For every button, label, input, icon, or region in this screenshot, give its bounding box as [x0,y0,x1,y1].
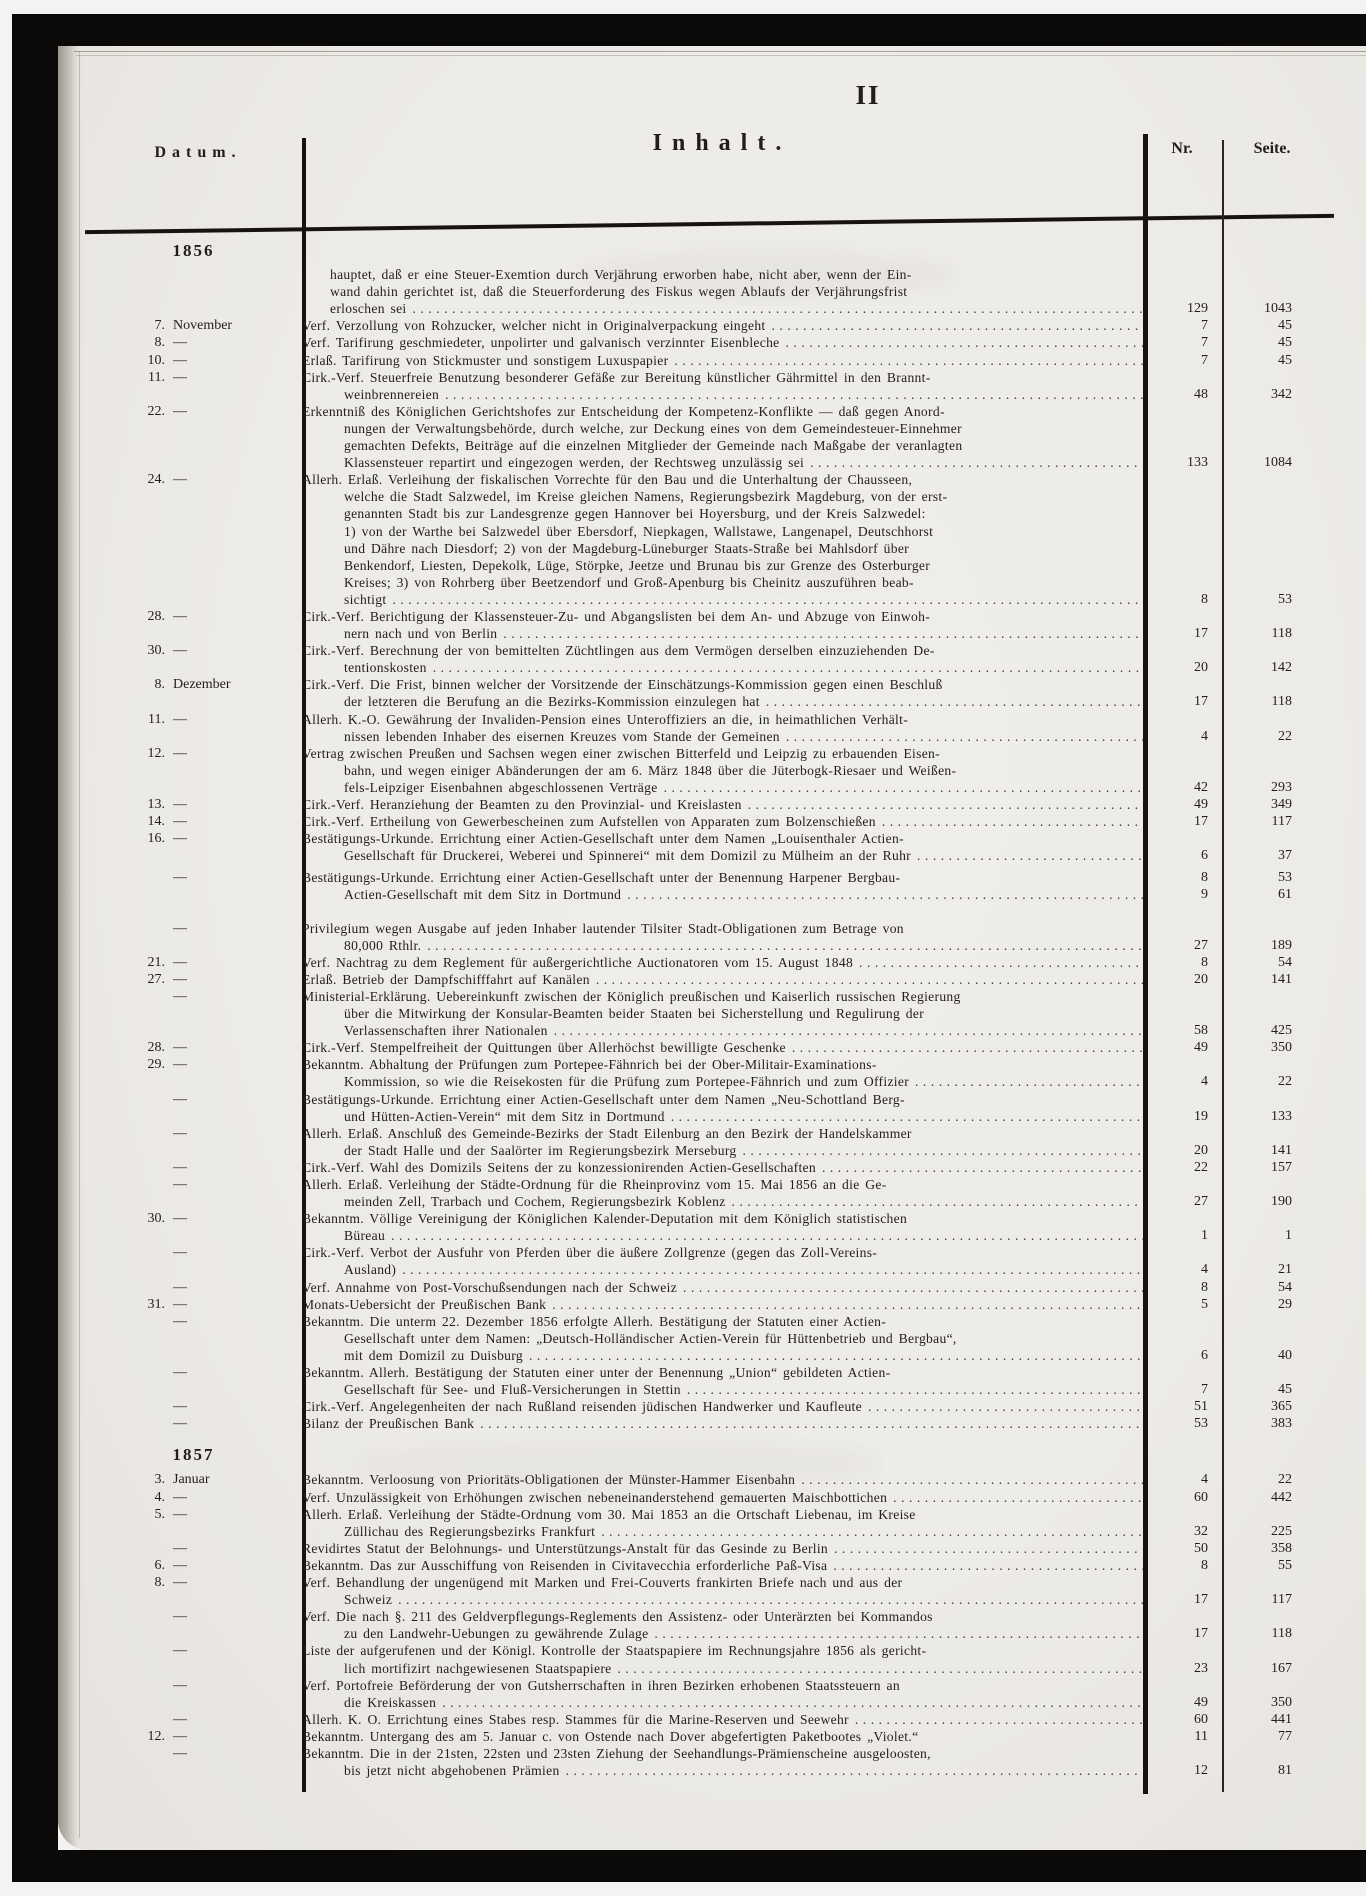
scan-border-top [12,14,1366,46]
entry-text-line: Cirk.-Verf. Ertheilung von Gewerbeschein… [302,813,1143,830]
entry-text-content: Züllichau des Regierungsbezirks Frankfur… [344,1523,595,1540]
nr-value: 6 [1143,847,1208,864]
date-day: 11. [85,711,165,728]
entry-date: 22.— [85,403,302,471]
nr-value: 7 [1143,317,1208,334]
entry-text-content: Gesellschaft für Druckerei, Weberei und … [344,847,911,864]
toc-entry: 6.—Bekanntm. Das zur Ausschiffung von Re… [85,1557,1340,1574]
date-month: — [173,1056,187,1073]
entry-date: — [85,1677,302,1711]
entry-text-content: zu den Landwehr-Uebungen zu gewährende Z… [344,1625,648,1642]
entry-text: Cirk.-Verf. Berechnung der von bemittelt… [302,642,1143,676]
nr-value: 19 [1143,1108,1208,1125]
nr-value: 60 [1143,1489,1208,1506]
entry-date: — [85,1313,302,1364]
entry-text: Allerh. K.-O. Gewährung der Invaliden-Pe… [302,711,1143,745]
entry-nr-cell: 60 [1143,1489,1222,1506]
date-month: — [173,1210,187,1227]
entry-text-content: Bekanntm. Völlige Vereinigung der Königl… [302,1210,907,1227]
entry-text-line: Verf. Nachtrag zu dem Reglement für auße… [302,954,1143,971]
entry-seite-cell: 349 [1222,796,1340,813]
date-day: 12. [85,1728,165,1745]
entry-text-line: Gesellschaft für Druckerei, Weberei und … [302,847,1143,864]
entry-text: Verf. Annahme von Post-Vorschußsendungen… [302,1279,1143,1296]
entry-nr-cell: 27 [1143,1176,1222,1210]
entry-text-content: Gesellschaft für See- und Fluß-Versicher… [344,1381,681,1398]
entry-text: Bekanntm. Die unterm 22. Dezember 1856 e… [302,1313,1143,1364]
entry-text-content: tentionskosten [344,659,427,676]
entry-nr-cell: 42 [1143,745,1222,796]
toc-entry: 10.—Erlaß. Tarifirung von Stickmuster un… [85,352,1340,369]
scan-border-left [12,14,58,1882]
nr-value: 22 [1143,1159,1208,1176]
entry-text-line: bahn, und wegen einiger Abänderungen der… [302,762,1143,779]
entry-seite-cell: 77 [1222,1728,1340,1745]
seite-value: 53 [1222,591,1292,608]
entry-text-content: Bekanntm. Allerh. Bestätigung der Statut… [302,1364,890,1381]
entry-date: 29.— [85,1056,302,1090]
seite-value: 22 [1222,1471,1292,1488]
date-month: — [173,1313,187,1330]
entry-nr-cell: 17 [1143,813,1222,830]
date-month: — [173,796,187,813]
entry-seite-cell: 117 [1222,813,1340,830]
entry-text-line: Cirk.-Verf. Berichtigung der Klassensteu… [302,608,1143,625]
nr-value: 20 [1143,659,1208,676]
entry-text-line: die Kreiskassen [302,1694,1143,1711]
entry-date: 13.— [85,796,302,813]
entry-text-content: Allerh. K. O. Errichtung eines Stabes re… [302,1711,849,1728]
toc-entry: —Bestätigungs-Urkunde. Errichtung einer … [85,869,1340,903]
entry-text-line: Benkendorf, Liesten, Depekolk, Lüge, Stö… [302,557,1143,574]
entry-text-content: Bekanntm. Untergang des am 5. Januar c. … [302,1728,918,1745]
entry-text-line: meinden Zell, Trarbach und Cochem, Regie… [302,1193,1143,1210]
entry-text-line: fels-Leipziger Eisenbahnen abgeschlossen… [302,779,1143,796]
column-header-datum: Datum. [98,144,298,162]
entry-text: Allerh. Erlaß. Verleihung der Städte-Ord… [302,1176,1143,1210]
toc-entry: 8.DezemberCirk.-Verf. Die Frist, binnen … [85,676,1340,710]
entry-text-content: Verf. Verzollung von Rohzucker, welcher … [302,317,766,334]
date-day: 8. [85,1574,165,1591]
nr-value: 17 [1143,1591,1208,1608]
entry-text: Bilanz der Preußischen Bank [302,1415,1143,1432]
entry-text: Bekanntm. Allerh. Bestätigung der Statut… [302,1364,1143,1398]
toc-entry: —Verf. Die nach §. 211 des Geldverpflegu… [85,1608,1340,1642]
entry-text-content: und Hütten-Actien-Verein“ mit dem Sitz i… [344,1108,665,1125]
entry-text-line: Erlaß. Tarifirung von Stickmuster und so… [302,352,1143,369]
entry-date: 8.Dezember [85,676,302,710]
seite-value: 365 [1222,1398,1292,1415]
year-header: 1857 [85,1446,302,1463]
seite-value: 29 [1222,1296,1292,1313]
entry-text-line: Cirk.-Verf. Heranziehung der Beamten zu … [302,796,1143,813]
entry-nr-cell: 7 [1143,317,1222,334]
entry-text-line: Liste der aufgerufenen und der Königl. K… [302,1642,1143,1659]
toc-entry: —Privilegium wegen Ausgabe auf jeden Inh… [85,920,1340,954]
entry-text: Bestätigungs-Urkunde. Errichtung einer A… [302,830,1143,864]
entry-text-content: Verf. Tarifirung geschmiedeter, unpolirt… [302,334,780,351]
nr-value: 50 [1143,1540,1208,1557]
entry-text: Bekanntm. Völlige Vereinigung der Königl… [302,1210,1143,1244]
date-month: November [173,317,232,334]
date-month: — [173,1506,187,1523]
entry-text-content: Allerh. Erlaß. Verleihung der fiskalisch… [302,471,912,488]
seite-value: 142 [1222,659,1292,676]
entry-text-content: genannten Stadt bis zur Landesgrenze geg… [344,505,926,522]
entry-text-content: Cirk.-Verf. Die Frist, binnen welcher de… [302,676,943,693]
entry-text-content: Erkenntniß des Königlichen Gerichtshofes… [302,403,945,420]
entry-seite-cell: 293 [1222,745,1340,796]
toc-entry: —Liste der aufgerufenen und der Königl. … [85,1642,1340,1676]
date-day: 6. [85,1557,165,1574]
date-month: — [173,1364,187,1381]
seite-value: 157 [1222,1159,1292,1176]
entry-text-line: Bekanntm. Das zur Ausschiffung von Reise… [302,1557,1143,1574]
entry-date: 12.— [85,745,302,796]
date-day: 21. [85,954,165,971]
entry-date: 11.— [85,711,302,745]
entry-text-line: nissen lebenden Inhaber des eisernen Kre… [302,728,1143,745]
date-month: — [173,1159,187,1176]
entry-nr-cell: 53 [1143,1415,1222,1432]
seite-value: 45 [1222,334,1292,351]
entry-date: — [85,920,302,954]
entry-date: 30.— [85,642,302,676]
entry-seite-cell: 190 [1222,1176,1340,1210]
entry-text-content: Bekanntm. Das zur Ausschiffung von Reise… [302,1557,827,1574]
page-edge-line [76,55,1366,56]
seite-value: 442 [1222,1489,1292,1506]
entry-nr-cell: 60 [1143,1711,1222,1728]
date-day: 28. [85,608,165,625]
entry-date: 3.Januar [85,1471,302,1488]
entry-nr-cell: 19 [1143,1091,1222,1125]
entry-date: 16.— [85,830,302,864]
entry-text-content: Verlassenschaften ihrer Nationalen [344,1022,548,1039]
date-month: — [173,1608,187,1625]
entry-text-content: bahn, und wegen einiger Abänderungen der… [344,762,956,779]
entry-seite-cell: 45 [1222,352,1340,369]
entry-seite-cell: 54 [1222,1279,1340,1296]
entry-seite-cell: 29 [1222,1296,1340,1313]
seite-value: 81 [1222,1762,1292,1779]
seite-value: 118 [1222,1625,1292,1642]
toc-entry: 8.—Verf. Behandlung der ungenügend mit M… [85,1574,1340,1608]
entry-seite-cell: 383 [1222,1415,1340,1432]
entry-text-content: Cirk.-Verf. Heranziehung der Beamten zu … [302,796,742,813]
column-header-inhalt: Inhalt. [422,130,1022,157]
seite-value: 441 [1222,1711,1292,1728]
entry-text-line: Cirk.-Verf. Stempelfreiheit der Quittung… [302,1039,1143,1056]
entry-seite-cell: 133 [1222,1091,1340,1125]
entry-text-content: Verf. Nachtrag zu dem Reglement für auße… [302,954,853,971]
entry-date: 21.— [85,954,302,971]
nr-value: 7 [1143,334,1208,351]
date-month: — [173,1677,187,1694]
entry-text-line: Cirk.-Verf. Berechnung der von bemittelt… [302,642,1143,659]
seite-value: 45 [1222,317,1292,334]
entry-text-line: Ministerial-Erklärung. Uebereinkunft zwi… [302,988,1143,1005]
entry-text-content: Verf. Unzulässigkeit von Erhöhungen zwis… [302,1489,887,1506]
seite-value: 225 [1222,1523,1292,1540]
entry-nr-cell: 4 [1143,711,1222,745]
entry-seite-cell: 167 [1222,1642,1340,1676]
page-edge-line [74,51,1366,52]
nr-value: 49 [1143,796,1208,813]
entry-text: Cirk.-Verf. Verbot der Ausfuhr von Pferd… [302,1244,1143,1278]
entry-text: Liste der aufgerufenen und der Königl. K… [302,1642,1143,1676]
toc-entry: —Verf. Annahme von Post-Vorschußsendunge… [85,1279,1340,1296]
entry-text-line: tentionskosten [302,659,1143,676]
entry-nr-cell: 7 [1143,352,1222,369]
entry-date: — [85,1125,302,1159]
entry-text-line: Kreises; 3) von Rohrberg über Beetzendor… [302,574,1143,591]
date-month: — [173,988,187,1005]
nr-value: 133 [1143,454,1208,471]
entry-date: 12.— [85,1728,302,1745]
entry-seite-cell: 141 [1222,1125,1340,1159]
seite-value: 53 [1222,869,1292,886]
entry-date: 4.— [85,1489,302,1506]
toc-entry: —Allerh. Erlaß. Verleihung der Städte-Or… [85,1176,1340,1210]
seite-value: 1 [1222,1227,1292,1244]
seite-value: 189 [1222,937,1292,954]
entry-date: — [85,1364,302,1398]
entry-text-content: Cirk.-Verf. Steuerfreie Benutzung besond… [302,369,931,386]
entry-text-line: gemachten Defekts, Beiträge auf die einz… [302,437,1143,454]
entry-seite-cell: 21 [1222,1244,1340,1278]
seite-value: 350 [1222,1039,1292,1056]
date-month: — [173,1711,187,1728]
date-day: 30. [85,1210,165,1227]
entry-text-line: Gesellschaft unter dem Namen: „Deutsch-H… [302,1330,1143,1347]
nr-value: 51 [1143,1398,1208,1415]
date-month: — [173,403,187,420]
nr-value: 49 [1143,1039,1208,1056]
entry-text: Allerh. Erlaß. Verleihung der Städte-Ord… [302,1506,1143,1540]
date-month: — [173,642,187,659]
entry-nr-cell: 5 [1143,1296,1222,1313]
entry-text-content: Ausland) [344,1261,396,1278]
entry-date: 7.November [85,317,302,334]
entry-date: 11.— [85,369,302,403]
entry-text-content: 80,000 Rthlr. [344,937,421,954]
nr-value: 12 [1143,1762,1208,1779]
entry-nr-cell: 58 [1143,988,1222,1039]
toc-entry: —Allerh. Erlaß. Anschluß des Gemeinde-Be… [85,1125,1340,1159]
entry-seite-cell: 118 [1222,676,1340,710]
toc-entry: —Verf. Portofreie Beförderung der von Gu… [85,1677,1340,1711]
entry-date: — [85,1642,302,1676]
entry-text-content: weinbrennereien [344,386,439,403]
nr-value: 8 [1143,954,1208,971]
toc-entry: 31.—Monats-Uebersicht der Preußischen Ba… [85,1296,1340,1313]
entry-text-line: Bekanntm. Abhaltung der Prüfungen zum Po… [302,1056,1143,1073]
entry-text-content: Bekanntm. Verloosung von Prioritäts-Obli… [302,1471,795,1488]
page-edge-line [79,51,80,1838]
entry-text-content: Cirk.-Verf. Wahl des Domizils Seitens de… [302,1159,816,1176]
entry-text-content: mit dem Domizil zu Duisburg [344,1347,523,1364]
entry-text: Verf. Portofreie Beförderung der von Gut… [302,1677,1143,1711]
entry-date: 10.— [85,352,302,369]
entry-text-content: Cirk.-Verf. Verbot der Ausfuhr von Pferd… [302,1244,877,1261]
toc-entry: 12.—Bekanntm. Untergang des am 5. Januar… [85,1728,1340,1745]
nr-value: 17 [1143,813,1208,830]
toc-entry: 24.—Allerh. Erlaß. Verleihung der fiskal… [85,471,1340,608]
entry-text-content: Cirk.-Verf. Berechnung der von bemittelt… [302,642,935,659]
entry-text-content: Allerh. K.-O. Gewährung der Invaliden-Pe… [302,711,908,728]
entry-nr-cell: 20 [1143,971,1222,988]
entry-text-line: Verf. Verzollung von Rohzucker, welcher … [302,317,1143,334]
entry-seite-cell: 225 [1222,1506,1340,1540]
entry-text-content: fels-Leipziger Eisenbahnen abgeschlossen… [344,779,658,796]
entry-text-content: Revidirtes Statut der Belohnungs- und Un… [302,1540,828,1557]
entry-text-content: Cirk.-Verf. Stempelfreiheit der Quittung… [302,1039,786,1056]
entry-text-line: Bekanntm. Völlige Vereinigung der Königl… [302,1210,1143,1227]
date-month: — [173,1728,187,1745]
seite-value: 54 [1222,954,1292,971]
entry-seite-cell: 45 [1222,317,1340,334]
seite-value: 61 [1222,886,1292,903]
entry-text-line: Allerh. Erlaß. Anschluß des Gemeinde-Bez… [302,1125,1143,1142]
entry-text-content: Actien-Gesellschaft mit dem Sitz in Dort… [344,886,621,903]
seite-value: 22 [1222,728,1292,745]
entry-text: Cirk.-Verf. Ertheilung von Gewerbeschein… [302,813,1143,830]
entry-text-content: Liste der aufgerufenen und der Königl. K… [302,1642,926,1659]
date-day: 16. [85,830,165,847]
entry-text-line: zu den Landwehr-Uebungen zu gewährende Z… [302,1625,1143,1642]
scanned-page: II Datum. Inhalt. Nr. Seite. 1856hauptet… [58,46,1366,1850]
entry-text-line: Verf. Annahme von Post-Vorschußsendungen… [302,1279,1143,1296]
entry-text-content: Cirk.-Verf. Angelegenheiten der nach Ruß… [302,1398,862,1415]
entry-text-content: wand dahin gerichtet ist, daß die Steuer… [330,283,907,300]
entry-text-content: Benkendorf, Liesten, Depekolk, Lüge, Stö… [344,557,930,574]
seite-value: 1084 [1222,454,1292,471]
entry-text-line: Cirk.-Verf. Wahl des Domizils Seitens de… [302,1159,1143,1176]
entry-text-content: gemachten Defekts, Beiträge auf die einz… [344,437,962,454]
entry-text-content: Bekanntm. Abhaltung der Prüfungen zum Po… [302,1056,877,1073]
entry-text-content: Gesellschaft unter dem Namen: „Deutsch-H… [344,1330,957,1347]
entry-text-line: Actien-Gesellschaft mit dem Sitz in Dort… [302,886,1143,903]
date-day: 27. [85,971,165,988]
toc-entry: —Cirk.-Verf. Angelegenheiten der nach Ru… [85,1398,1340,1415]
seite-value: 117 [1222,813,1292,830]
entry-text-content: Bestätigungs-Urkunde. Errichtung einer A… [302,1091,905,1108]
entry-seite-cell: 45 [1222,334,1340,351]
entry-text-line: Gesellschaft für See- und Fluß-Versicher… [302,1381,1143,1398]
entry-nr-cell: 89 [1143,869,1222,903]
entry-text-line: Cirk.-Verf. Verbot der Ausfuhr von Pferd… [302,1244,1143,1261]
toc-entry: —Bestätigungs-Urkunde. Errichtung einer … [85,1091,1340,1125]
entry-text-content: hauptet, daß er eine Steuer-Exemtion dur… [330,266,912,283]
nr-value: 49 [1143,1694,1208,1711]
entry-text-line: Cirk.-Verf. Angelegenheiten der nach Ruß… [302,1398,1143,1415]
date-day: 31. [85,1296,165,1313]
entry-text-content: Verf. Annahme von Post-Vorschußsendungen… [302,1279,677,1296]
entry-text-content: Vertrag zwischen Preußen und Sachsen weg… [302,745,940,762]
entry-text-line: nern nach und von Berlin [302,625,1143,642]
toc-entry: 4.—Verf. Unzulässigkeit von Erhöhungen z… [85,1489,1340,1506]
toc-entry: 21.—Verf. Nachtrag zu dem Reglement für … [85,954,1340,971]
entry-text-content: welche die Stadt Salzwedel, im Kreise gl… [344,488,947,505]
toc-entry: 8.—Verf. Tarifirung geschmiedeter, unpol… [85,334,1340,351]
nr-value: 23 [1143,1660,1208,1677]
entry-text-content: Büreau [344,1227,385,1244]
entry-seite-cell: 350 [1222,1677,1340,1711]
entry-text: Verf. Behandlung der ungenügend mit Mark… [302,1574,1143,1608]
entry-seite-cell: 441 [1222,1711,1340,1728]
entry-text-line: lich mortifizirt nachgewiesenen Staatspa… [302,1660,1143,1677]
entry-text-line: Kommission, so wie die Reisekosten für d… [302,1073,1143,1090]
entry-nr-cell: 4 [1143,1471,1222,1488]
entry-text-content: Kreises; 3) von Rohrberg über Beetzendor… [344,574,914,591]
seite-value: 141 [1222,1142,1292,1159]
nr-value: 8 [1143,869,1208,886]
entry-text-content: der letzteren die Berufung an die Bezirk… [344,693,760,710]
entry-text-line: Allerh. Erlaß. Verleihung der fiskalisch… [302,471,1143,488]
entry-text-line: über die Mitwirkung der Konsular-Beamten… [302,1005,1143,1022]
seite-value: 190 [1222,1193,1292,1210]
entry-nr-cell: 49 [1143,1039,1222,1056]
date-month: Dezember [173,676,231,693]
entry-text-content: Allerh. Erlaß. Anschluß des Gemeinde-Bez… [302,1125,912,1142]
entry-date: 8.— [85,1574,302,1608]
seite-value: 141 [1222,971,1292,988]
entry-text: Bekanntm. Untergang des am 5. Januar c. … [302,1728,1143,1745]
entry-date: — [85,1398,302,1415]
toc-entry: 28.—Cirk.-Verf. Berichtigung der Klassen… [85,608,1340,642]
entry-text-line: Schweiz [302,1591,1143,1608]
entry-date: 6.— [85,1557,302,1574]
entry-nr-cell: 11 [1143,1728,1222,1745]
entry-date: — [85,1091,302,1125]
nr-value: 4 [1143,728,1208,745]
toc-entry: —Bilanz der Preußischen Bank53383 [85,1415,1340,1432]
entry-text-content: Monats-Uebersicht der Preußischen Bank [302,1296,546,1313]
entry-text-content: Allerh. Erlaß. Verleihung der Städte-Ord… [302,1506,916,1523]
entry-text-line: Verf. Behandlung der ungenügend mit Mark… [302,1574,1143,1591]
nr-value: 42 [1143,779,1208,796]
toc-entry: hauptet, daß er eine Steuer-Exemtion dur… [85,266,1340,317]
entry-nr-cell: 8 [1143,1557,1222,1574]
nr-value: 53 [1143,1415,1208,1432]
entry-text-content: Ministerial-Erklärung. Uebereinkunft zwi… [302,988,961,1005]
nr-value: 5 [1143,1296,1208,1313]
date-month: — [173,1745,187,1762]
entry-text-line: Privilegium wegen Ausgabe auf jeden Inha… [302,920,1143,937]
seite-value: 55 [1222,1557,1292,1574]
nr-value: 4 [1143,1073,1208,1090]
entry-seite-cell: 118 [1222,1608,1340,1642]
entry-text-line: Verf. Portofreie Beförderung der von Gut… [302,1677,1143,1694]
entry-text-line: Vertrag zwischen Preußen und Sachsen weg… [302,745,1143,762]
toc-entry: 28.—Cirk.-Verf. Stempelfreiheit der Quit… [85,1039,1340,1056]
entry-seite-cell: 45 [1222,1364,1340,1398]
date-month: — [173,1244,187,1261]
date-month: — [173,1398,187,1415]
seite-value: 383 [1222,1415,1292,1432]
date-month: Januar [173,1471,210,1488]
entry-text-content: Cirk.-Verf. Ertheilung von Gewerbeschein… [302,813,876,830]
entry-seite-cell: 5361 [1222,869,1340,903]
entry-text-content: nern nach und von Berlin [344,625,497,642]
date-month: — [173,352,187,369]
entry-text: Erkenntniß des Königlichen Gerichtshofes… [302,403,1143,471]
entry-text: Erlaß. Betrieb der Dampfschifffahrt auf … [302,971,1143,988]
seite-value: 358 [1222,1540,1292,1557]
date-day: 4. [85,1489,165,1506]
entry-text-line: bis jetzt nicht abgehobenen Prämien [302,1762,1143,1779]
